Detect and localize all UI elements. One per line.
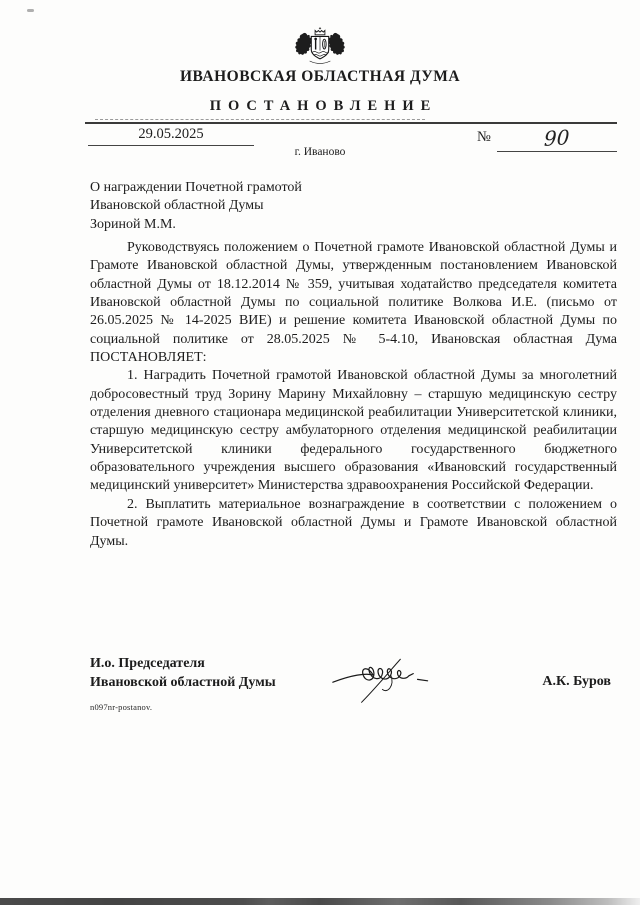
signer-name: А.К. Буров [542, 674, 611, 690]
signature-block: И.о. Председателя Ивановской областной Д… [90, 655, 617, 715]
subject-line: Зориной М.М. [90, 216, 510, 234]
handwritten-signature-icon [330, 651, 452, 712]
document-body: Руководствуясь положением о Почетной гра… [90, 239, 617, 551]
organization-name: ИВАНОВСКАЯ ОБЛАСТНАЯ ДУМА [0, 68, 640, 86]
number-label: № [477, 129, 491, 146]
subject-line: Ивановской областной Думы [90, 197, 510, 215]
paragraph-preamble: Руководствуясь положением о Почетной гра… [90, 239, 617, 367]
paragraph-item-2: 2. Выплатить материальное вознаграждение… [90, 496, 617, 551]
header-rule [85, 122, 617, 124]
header-rule-dashed [95, 119, 425, 120]
signer-position: И.о. Председателя Ивановской областной Д… [90, 655, 276, 692]
scan-edge-band [0, 898, 640, 905]
signer-position-line: И.о. Председателя [90, 655, 276, 674]
subject-block: О награждении Почетной грамотой Ивановск… [90, 179, 510, 234]
document-type-title: ПОСТАНОВЛЕНИЕ [0, 98, 640, 115]
scan-smudge [27, 9, 34, 12]
document-date: 29.05.2025 [88, 126, 254, 146]
subject-line: О награждении Почетной грамотой [90, 179, 510, 197]
paragraph-item-1: 1. Наградить Почетной грамотой Ивановско… [90, 367, 617, 495]
document-page: ИВАНОВСКАЯ ОБЛАСТНАЯ ДУМА ПОСТАНОВЛЕНИЕ … [0, 0, 640, 905]
place-name: г. Иваново [0, 146, 640, 158]
file-reference-note: n097nr-postanov. [90, 702, 152, 712]
signer-position-line: Ивановской областной Думы [90, 674, 276, 693]
